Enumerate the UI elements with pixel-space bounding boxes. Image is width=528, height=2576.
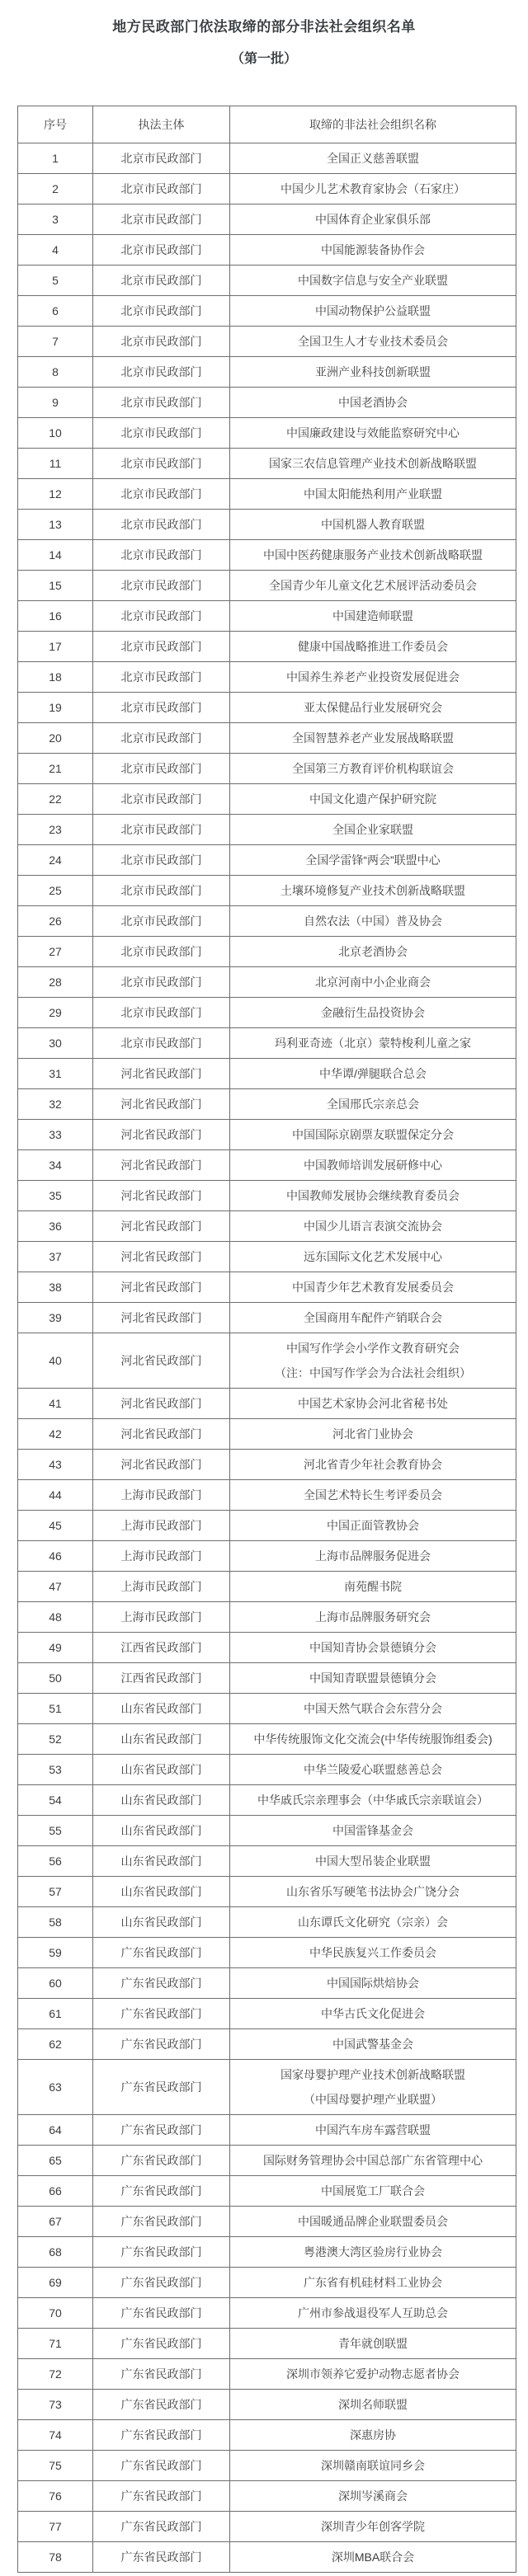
serial-number-cell: 40 [18,1333,93,1389]
enforcement-authority-cell: 广东省民政部门 [93,2329,230,2359]
enforcement-authority-cell: 广东省民政部门 [93,2237,230,2268]
organization-name-note: （注：中国写作学会为合法社会组织） [233,1358,512,1388]
serial-number-cell: 10 [18,418,93,449]
organization-name-cell: 中国养生养老产业投资发展促进会 [230,662,516,693]
enforcement-authority-cell: 河北省民政部门 [93,1211,230,1242]
enforcement-authority-cell: 北京市民政部门 [93,1028,230,1059]
enforcement-authority-cell: 上海市民政部门 [93,1602,230,1633]
serial-number-cell: 44 [18,1480,93,1511]
serial-number-cell: 28 [18,967,93,998]
organization-name-cell: 山东省乐写硬笔书法协会广饶分会 [230,1877,516,1907]
organization-name-cell: 深圳赣南联谊同乡会 [230,2451,516,2481]
serial-number-cell: 16 [18,601,93,632]
table-row: 40河北省民政部门中国写作学会小学作文教育研究会（注：中国写作学会为合法社会组织… [18,1333,516,1389]
table-row: 33河北省民政部门中国国际京剧票友联盟保定分会 [18,1120,516,1150]
organization-name-cell: 中国能源装备协作会 [230,235,516,266]
table-row: 44上海市民政部门全国艺术特长生考评委员会 [18,1480,516,1511]
enforcement-authority-cell: 北京市民政部门 [93,235,230,266]
table-row: 53山东省民政部门中华兰陵爱心联盟慈善总会 [18,1755,516,1785]
enforcement-authority-cell: 北京市民政部门 [93,510,230,540]
enforcement-authority-cell: 北京市民政部门 [93,388,230,418]
table-row: 23北京市民政部门全国企业家联盟 [18,815,516,845]
table-row: 49江西省民政部门中国知青协会景德镇分会 [18,1633,516,1663]
serial-number-cell: 26 [18,906,93,937]
serial-number-cell: 43 [18,1450,93,1480]
organization-name-cell: 中国教师培训发展研修中心 [230,1150,516,1181]
serial-number-cell: 32 [18,1089,93,1120]
serial-number-cell: 14 [18,540,93,571]
table-row: 51山东省民政部门中国天然气联合会东营分会 [18,1694,516,1724]
enforcement-authority-cell: 北京市民政部门 [93,204,230,235]
organization-name-cell: 中国天然气联合会东营分会 [230,1694,516,1724]
enforcement-authority-cell: 北京市民政部门 [93,876,230,906]
enforcement-authority-cell: 广东省民政部门 [93,2481,230,2512]
serial-number-cell: 71 [18,2329,93,2359]
enforcement-authority-cell: 山东省民政部门 [93,1907,230,1938]
table-row: 24北京市民政部门全国学雷锋“两会”联盟中心 [18,845,516,876]
organization-name-cell: 金融衍生品投资协会 [230,998,516,1028]
organization-name-cell: 全国商用车配件产销联合会 [230,1303,516,1333]
table-row: 74广东省民政部门深惠房协 [18,2420,516,2451]
serial-number-cell: 5 [18,266,93,296]
serial-number-cell: 51 [18,1694,93,1724]
organization-name-cell: 亚太保健品行业发展研究会 [230,693,516,723]
serial-number-cell: 54 [18,1785,93,1816]
table-row: 17北京市民政部门健康中国战略推进工作委员会 [18,632,516,662]
serial-number-cell: 20 [18,723,93,754]
organization-name-cell: 土壤环境修复产业技术创新战略联盟 [230,876,516,906]
serial-number-cell: 60 [18,1968,93,1999]
organization-name-cell: 全国智慧养老产业发展战略联盟 [230,723,516,754]
serial-number-cell: 39 [18,1303,93,1333]
table-row: 59广东省民政部门中华民族复兴工作委员会 [18,1938,516,1968]
serial-number-cell: 12 [18,479,93,510]
serial-number-cell: 15 [18,571,93,601]
table-row: 52山东省民政部门中华传统服饰文化交流会(中华传统服饰组委会) [18,1724,516,1755]
serial-number-cell: 1 [18,143,93,174]
enforcement-authority-cell: 上海市民政部门 [93,1511,230,1541]
table-row: 11北京市民政部门国家三农信息管理产业技术创新战略联盟 [18,449,516,479]
serial-number-cell: 65 [18,2146,93,2176]
enforcement-authority-cell: 山东省民政部门 [93,1846,230,1877]
serial-number-cell: 76 [18,2481,93,2512]
serial-number-cell: 18 [18,662,93,693]
table-row: 20北京市民政部门全国智慧养老产业发展战略联盟 [18,723,516,754]
table-row: 27北京市民政部门北京老酒协会 [18,937,516,967]
serial-number-cell: 66 [18,2176,93,2207]
enforcement-authority-cell: 北京市民政部门 [93,693,230,723]
enforcement-authority-cell: 广东省民政部门 [93,2060,230,2115]
organization-name-cell: 中国少儿艺术教育家协会（石家庄） [230,174,516,204]
organization-name-cell: 中国体育企业家俱乐部 [230,204,516,235]
serial-number-cell: 7 [18,327,93,357]
serial-number-cell: 8 [18,357,93,388]
serial-number-cell: 22 [18,784,93,815]
enforcement-authority-cell: 北京市民政部门 [93,998,230,1028]
serial-number-cell: 67 [18,2207,93,2237]
enforcement-authority-cell: 北京市民政部门 [93,571,230,601]
enforcement-authority-cell: 广东省民政部门 [93,2029,230,2060]
table-row: 42河北省民政部门河北省门业协会 [18,1419,516,1450]
enforcement-authority-cell: 河北省民政部门 [93,1303,230,1333]
enforcement-authority-cell: 上海市民政部门 [93,1541,230,1572]
organization-name-cell: 中国动物保护公益联盟 [230,296,516,327]
serial-number-cell: 19 [18,693,93,723]
enforcement-authority-cell: 广东省民政部门 [93,1999,230,2029]
table-row: 60广东省民政部门中国国际烘焙协会 [18,1968,516,1999]
organization-name-cell: 南苑醒书院 [230,1572,516,1602]
column-header-organization-name: 取缔的非法社会组织名称 [230,106,516,143]
organization-name-cell: 广州市参战退役军人互助总会 [230,2298,516,2329]
enforcement-authority-cell: 广东省民政部门 [93,2451,230,2481]
enforcement-authority-cell: 广东省民政部门 [93,2207,230,2237]
enforcement-authority-cell: 河北省民政部门 [93,1089,230,1120]
table-row: 26北京市民政部门自然农法（中国）普及协会 [18,906,516,937]
serial-number-cell: 24 [18,845,93,876]
serial-number-cell: 25 [18,876,93,906]
serial-number-cell: 57 [18,1877,93,1907]
organization-name-cell: 亚洲产业科技创新联盟 [230,357,516,388]
enforcement-authority-cell: 北京市民政部门 [93,174,230,204]
serial-number-cell: 53 [18,1755,93,1785]
serial-number-cell: 74 [18,2420,93,2451]
organization-name-cell: 全国青少年儿童文化艺术展评活动委员会 [230,571,516,601]
enforcement-authority-cell: 北京市民政部门 [93,357,230,388]
table-row: 8北京市民政部门亚洲产业科技创新联盟 [18,357,516,388]
table-row: 38河北省民政部门中国青少年艺术教育发展委员会 [18,1272,516,1303]
enforcement-authority-cell: 北京市民政部门 [93,723,230,754]
organization-name-cell: 自然农法（中国）普及协会 [230,906,516,937]
table-row: 73广东省民政部门深圳名师联盟 [18,2390,516,2420]
serial-number-cell: 58 [18,1907,93,1938]
serial-number-cell: 50 [18,1663,93,1694]
serial-number-cell: 77 [18,2512,93,2542]
organization-name-cell: 中国写作学会小学作文教育研究会（注：中国写作学会为合法社会组织） [230,1333,516,1389]
organization-name-cell: 全国正义慈善联盟 [230,143,516,174]
table-row: 58山东省民政部门山东谭氏文化研究（宗亲）会 [18,1907,516,1938]
enforcement-authority-cell: 河北省民政部门 [93,1272,230,1303]
table-row: 1北京市民政部门全国正义慈善联盟 [18,143,516,174]
organization-name-cell: 深圳青少年创客学院 [230,2512,516,2542]
organization-name-cell: 北京老酒协会 [230,937,516,967]
table-row: 69广东省民政部门广东省有机硅材料工业协会 [18,2268,516,2298]
enforcement-authority-cell: 北京市民政部门 [93,754,230,784]
organization-name-note: （中国母婴护理产业联盟） [233,2085,512,2114]
table-row: 67广东省民政部门中国暖通品牌企业联盟委员会 [18,2207,516,2237]
organization-name-cell: 中国文化遗产保护研究院 [230,784,516,815]
organization-name-cell: 上海市品牌服务研究会 [230,1602,516,1633]
serial-number-cell: 4 [18,235,93,266]
table-row: 68广东省民政部门粤港澳大湾区验房行业协会 [18,2237,516,2268]
table-row: 7北京市民政部门全国卫生人才专业技术委员会 [18,327,516,357]
table-row: 13北京市民政部门中国机器人教育联盟 [18,510,516,540]
table-row: 14北京市民政部门中国中医药健康服务产业技术创新战略联盟 [18,540,516,571]
enforcement-authority-cell: 江西省民政部门 [93,1633,230,1663]
enforcement-authority-cell: 广东省民政部门 [93,2420,230,2451]
serial-number-cell: 30 [18,1028,93,1059]
enforcement-authority-cell: 河北省民政部门 [93,1059,230,1089]
organization-name-cell: 深圳市领养它爱护动物志愿者协会 [230,2359,516,2390]
enforcement-authority-cell: 河北省民政部门 [93,1450,230,1480]
table-row: 41河北省民政部门中国艺术家协会河北省秘书处 [18,1389,516,1419]
enforcement-authority-cell: 河北省民政部门 [93,1120,230,1150]
table-row: 72广东省民政部门深圳市领养它爱护动物志愿者协会 [18,2359,516,2390]
table-row: 48上海市民政部门上海市品牌服务研究会 [18,1602,516,1633]
serial-number-cell: 17 [18,632,93,662]
table-row: 32河北省民政部门全国邢氏宗亲总会 [18,1089,516,1120]
organization-name-cell: 中国知青联盟景德镇分会 [230,1663,516,1694]
enforcement-authority-cell: 北京市民政部门 [93,632,230,662]
table-body: 1北京市民政部门全国正义慈善联盟2北京市民政部门中国少儿艺术教育家协会（石家庄）… [18,143,516,2573]
enforcement-authority-cell: 河北省民政部门 [93,1242,230,1272]
serial-number-cell: 21 [18,754,93,784]
organization-name-cell: 广东省有机硅材料工业协会 [230,2268,516,2298]
enforcement-authority-cell: 山东省民政部门 [93,1816,230,1846]
organization-name-cell: 全国艺术特长生考评委员会 [230,1480,516,1511]
table-row: 37河北省民政部门远东国际文化艺术发展中心 [18,1242,516,1272]
serial-number-cell: 3 [18,204,93,235]
serial-number-cell: 70 [18,2298,93,2329]
table-row: 31河北省民政部门中华谭/弹腿联合总会 [18,1059,516,1089]
serial-number-cell: 78 [18,2542,93,2573]
enforcement-authority-cell: 河北省民政部门 [93,1389,230,1419]
enforcement-authority-cell: 北京市民政部门 [93,906,230,937]
table-row: 65广东省民政部门国际财务管理协会中国总部广东省管理中心 [18,2146,516,2176]
organization-name-cell: 中国大型吊装企业联盟 [230,1846,516,1877]
table-row: 34河北省民政部门中国教师培训发展研修中心 [18,1150,516,1181]
table-row: 50江西省民政部门中国知青联盟景德镇分会 [18,1663,516,1694]
table-row: 25北京市民政部门土壤环境修复产业技术创新战略联盟 [18,876,516,906]
organization-name-cell: 中国青少年艺术教育发展委员会 [230,1272,516,1303]
enforcement-authority-cell: 北京市民政部门 [93,937,230,967]
serial-number-cell: 52 [18,1724,93,1755]
enforcement-authority-cell: 广东省民政部门 [93,2268,230,2298]
serial-number-cell: 46 [18,1541,93,1572]
organization-name-cell: 中国建造师联盟 [230,601,516,632]
organization-name-cell: 中国教师发展协会继续教育委员会 [230,1181,516,1211]
table-row: 75广东省民政部门深圳赣南联谊同乡会 [18,2451,516,2481]
serial-number-cell: 42 [18,1419,93,1450]
enforcement-authority-cell: 北京市民政部门 [93,784,230,815]
serial-number-cell: 56 [18,1846,93,1877]
organization-name-cell: 中国知青协会景德镇分会 [230,1633,516,1663]
enforcement-authority-cell: 广东省民政部门 [93,2542,230,2573]
enforcement-authority-cell: 河北省民政部门 [93,1150,230,1181]
table-row: 43河北省民政部门河北省青少年社会教育协会 [18,1450,516,1480]
organization-name-cell: 国际财务管理协会中国总部广东省管理中心 [230,2146,516,2176]
serial-number-cell: 35 [18,1181,93,1211]
table-row: 19北京市民政部门亚太保健品行业发展研究会 [18,693,516,723]
enforcement-authority-cell: 北京市民政部门 [93,418,230,449]
table-row: 3北京市民政部门中国体育企业家俱乐部 [18,204,516,235]
table-row: 5北京市民政部门中国数字信息与安全产业联盟 [18,266,516,296]
organization-name-cell: 中华传统服饰文化交流会(中华传统服饰组委会) [230,1724,516,1755]
serial-number-cell: 29 [18,998,93,1028]
table-row: 28北京市民政部门北京河南中小企业商会 [18,967,516,998]
serial-number-cell: 59 [18,1938,93,1968]
enforcement-authority-cell: 山东省民政部门 [93,1694,230,1724]
enforcement-authority-cell: 广东省民政部门 [93,1938,230,1968]
organization-name-cell: 国家三农信息管理产业技术创新战略联盟 [230,449,516,479]
organization-name-cell: 深惠房协 [230,2420,516,2451]
table-row: 21北京市民政部门全国第三方教育评价机构联谊会 [18,754,516,784]
table-row: 36河北省民政部门中国少儿语言表演交流协会 [18,1211,516,1242]
enforcement-authority-cell: 山东省民政部门 [93,1755,230,1785]
table-row: 61广东省民政部门中华古氏文化促进会 [18,1999,516,2029]
serial-number-cell: 61 [18,1999,93,2029]
serial-number-cell: 38 [18,1272,93,1303]
table-row: 39河北省民政部门全国商用车配件产销联合会 [18,1303,516,1333]
organization-name-cell: 中国汽车房车露营联盟 [230,2115,516,2146]
organization-name-cell: 深圳名师联盟 [230,2390,516,2420]
organization-name-cell: 全国企业家联盟 [230,815,516,845]
organization-name-cell: 青年就创联盟 [230,2329,516,2359]
page-title: 地方民政部门依法取缔的部分非法社会组织名单 [0,18,528,36]
organization-name-cell: 健康中国战略推进工作委员会 [230,632,516,662]
table-row: 57山东省民政部门山东省乐写硬笔书法协会广饶分会 [18,1877,516,1907]
table-row: 64广东省民政部门中国汽车房车露营联盟 [18,2115,516,2146]
organization-name-cell: 山东谭氏文化研究（宗亲）会 [230,1907,516,1938]
organization-name-cell: 全国邢氏宗亲总会 [230,1089,516,1120]
table-row: 12北京市民政部门中国太阳能热利用产业联盟 [18,479,516,510]
serial-number-cell: 63 [18,2060,93,2115]
enforcement-authority-cell: 北京市民政部门 [93,815,230,845]
enforcement-authority-cell: 山东省民政部门 [93,1724,230,1755]
table-row: 16北京市民政部门中国建造师联盟 [18,601,516,632]
organization-name-cell: 河北省青少年社会教育协会 [230,1450,516,1480]
enforcement-authority-cell: 北京市民政部门 [93,296,230,327]
table-row: 4北京市民政部门中国能源装备协作会 [18,235,516,266]
table-row: 18北京市民政部门中国养生养老产业投资发展促进会 [18,662,516,693]
organization-name-cell: 中国暖通品牌企业联盟委员会 [230,2207,516,2237]
table-row: 6北京市民政部门中国动物保护公益联盟 [18,296,516,327]
organization-name-cell: 深圳MBA联合会 [230,2542,516,2573]
table-row: 29北京市民政部门金融衍生品投资协会 [18,998,516,1028]
serial-number-cell: 23 [18,815,93,845]
organization-name-cell: 全国卫生人才专业技术委员会 [230,327,516,357]
organization-name-cell: 河北省门业协会 [230,1419,516,1450]
organization-name-cell: 中国太阳能热利用产业联盟 [230,479,516,510]
serial-number-cell: 75 [18,2451,93,2481]
page-subtitle: （第一批） [0,51,528,68]
organization-name-cell: 玛利亚奇迹（北京）蒙特梭利儿童之家 [230,1028,516,1059]
enforcement-authority-cell: 北京市民政部门 [93,845,230,876]
enforcement-authority-cell: 江西省民政部门 [93,1663,230,1694]
organization-name-cell: 中华兰陵爱心联盟慈善总会 [230,1755,516,1785]
table-row: 47上海市民政部门南苑醒书院 [18,1572,516,1602]
table-row: 35河北省民政部门中国教师发展协会继续教育委员会 [18,1181,516,1211]
organization-name-cell: 远东国际文化艺术发展中心 [230,1242,516,1272]
enforcement-authority-cell: 河北省民政部门 [93,1419,230,1450]
organization-name-cell: 中国老酒协会 [230,388,516,418]
table-row: 55山东省民政部门中国雷锋基金会 [18,1816,516,1846]
organization-name-cell: 全国学雷锋“两会”联盟中心 [230,845,516,876]
enforcement-authority-cell: 北京市民政部门 [93,327,230,357]
table-row: 2北京市民政部门中国少儿艺术教育家协会（石家庄） [18,174,516,204]
enforcement-authority-cell: 北京市民政部门 [93,449,230,479]
enforcement-authority-cell: 北京市民政部门 [93,967,230,998]
table-row: 56山东省民政部门中国大型吊装企业联盟 [18,1846,516,1877]
organization-name-cell: 中国正面管教协会 [230,1511,516,1541]
table-row: 76广东省民政部门深圳岑溪商会 [18,2481,516,2512]
organization-name-cell: 中国中医药健康服务产业技术创新战略联盟 [230,540,516,571]
organization-name-cell: 粤港澳大湾区验房行业协会 [230,2237,516,2268]
organization-name-cell: 全国第三方教育评价机构联谊会 [230,754,516,784]
serial-number-cell: 6 [18,296,93,327]
serial-number-cell: 68 [18,2237,93,2268]
serial-number-cell: 45 [18,1511,93,1541]
organization-name-cell: 国家母婴护理产业技术创新战略联盟（中国母婴护理产业联盟） [230,2060,516,2115]
enforcement-authority-cell: 广东省民政部门 [93,2512,230,2542]
enforcement-authority-cell: 广东省民政部门 [93,1968,230,1999]
serial-number-cell: 34 [18,1150,93,1181]
enforcement-authority-cell: 山东省民政部门 [93,1785,230,1816]
banned-organizations-table: 序号 执法主体 取缔的非法社会组织名称 1北京市民政部门全国正义慈善联盟2北京市… [17,106,516,2573]
enforcement-authority-cell: 北京市民政部门 [93,143,230,174]
organization-name-cell: 深圳岑溪商会 [230,2481,516,2512]
table-row: 45上海市民政部门中国正面管教协会 [18,1511,516,1541]
serial-number-cell: 31 [18,1059,93,1089]
organization-name-cell: 中国艺术家协会河北省秘书处 [230,1389,516,1419]
serial-number-cell: 13 [18,510,93,540]
enforcement-authority-cell: 广东省民政部门 [93,2298,230,2329]
enforcement-authority-cell: 广东省民政部门 [93,2390,230,2420]
serial-number-cell: 33 [18,1120,93,1150]
serial-number-cell: 72 [18,2359,93,2390]
column-header-enforcement-authority: 执法主体 [93,106,230,143]
table-row: 9北京市民政部门中国老酒协会 [18,388,516,418]
table-row: 30北京市民政部门玛利亚奇迹（北京）蒙特梭利儿童之家 [18,1028,516,1059]
table-row: 10北京市民政部门中国廉政建设与效能监察研究中心 [18,418,516,449]
organization-name-cell: 北京河南中小企业商会 [230,967,516,998]
table-row: 78广东省民政部门深圳MBA联合会 [18,2542,516,2573]
organization-name-cell: 中国机器人教育联盟 [230,510,516,540]
table-row: 66广东省民政部门中国展览工厂联合会 [18,2176,516,2207]
table-row: 54山东省民政部门中华戚氏宗亲理事会（中华戚氏宗亲联谊会） [18,1785,516,1816]
enforcement-authority-cell: 北京市民政部门 [93,601,230,632]
serial-number-cell: 48 [18,1602,93,1633]
serial-number-cell: 41 [18,1389,93,1419]
serial-number-cell: 36 [18,1211,93,1242]
enforcement-authority-cell: 河北省民政部门 [93,1181,230,1211]
enforcement-authority-cell: 上海市民政部门 [93,1480,230,1511]
enforcement-authority-cell: 北京市民政部门 [93,662,230,693]
organization-name-cell: 中国廉政建设与效能监察研究中心 [230,418,516,449]
serial-number-cell: 62 [18,2029,93,2060]
organization-name-cell: 中华民族复兴工作委员会 [230,1938,516,1968]
organization-name-cell: 中国国际烘焙协会 [230,1968,516,1999]
organization-name-cell: 中华戚氏宗亲理事会（中华戚氏宗亲联谊会） [230,1785,516,1816]
serial-number-cell: 9 [18,388,93,418]
enforcement-authority-cell: 北京市民政部门 [93,540,230,571]
serial-number-cell: 73 [18,2390,93,2420]
table-row: 15北京市民政部门全国青少年儿童文化艺术展评活动委员会 [18,571,516,601]
serial-number-cell: 64 [18,2115,93,2146]
organization-name-cell: 中华古氏文化促进会 [230,1999,516,2029]
organization-name-cell: 上海市品牌服务促进会 [230,1541,516,1572]
organization-name-cell: 中国武警基金会 [230,2029,516,2060]
serial-number-cell: 47 [18,1572,93,1602]
enforcement-authority-cell: 广东省民政部门 [93,2115,230,2146]
serial-number-cell: 37 [18,1242,93,1272]
serial-number-cell: 2 [18,174,93,204]
enforcement-authority-cell: 北京市民政部门 [93,266,230,296]
enforcement-authority-cell: 广东省民政部门 [93,2359,230,2390]
enforcement-authority-cell: 山东省民政部门 [93,1877,230,1907]
table-row: 46上海市民政部门上海市品牌服务促进会 [18,1541,516,1572]
organization-name-cell: 中华谭/弹腿联合总会 [230,1059,516,1089]
enforcement-authority-cell: 上海市民政部门 [93,1572,230,1602]
